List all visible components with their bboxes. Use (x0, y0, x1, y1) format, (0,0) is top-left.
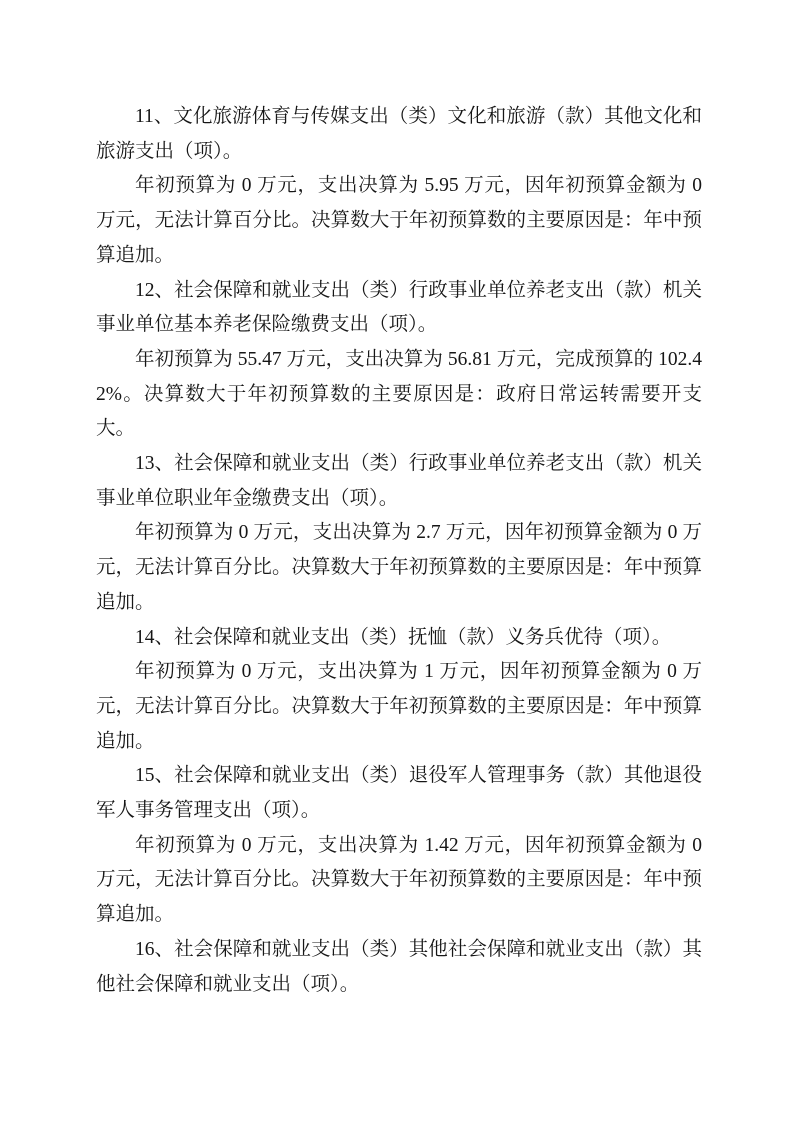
paragraph-item-14-title: 14、社会保障和就业支出（类）抚恤（款）义务兵优待（项）。 (96, 621, 702, 656)
paragraph-item-15-title: 15、社会保障和就业支出（类）退役军人管理事务（款）其他退役军人事务管理支出（项… (96, 759, 702, 828)
paragraph-item-14-detail: 年初预算为 0 万元，支出决算为 1 万元，因年初预算金额为 0 万元，无法计算… (96, 655, 702, 759)
paragraph-item-11-detail: 年初预算为 0 万元，支出决算为 5.95 万元，因年初预算金额为 0 万元，无… (96, 169, 702, 273)
paragraph-item-12-title: 12、社会保障和就业支出（类）行政事业单位养老支出（款）机关事业单位基本养老保险… (96, 274, 702, 343)
document-content: 11、文化旅游体育与传媒支出（类）文化和旅游（款）其他文化和旅游支出（项）。 年… (96, 100, 702, 1002)
paragraph-item-15-detail: 年初预算为 0 万元，支出决算为 1.42 万元，因年初预算金额为 0 万元，无… (96, 829, 702, 933)
paragraph-item-13-title: 13、社会保障和就业支出（类）行政事业单位养老支出（款）机关事业单位职业年金缴费… (96, 447, 702, 516)
paragraph-item-11-title: 11、文化旅游体育与传媒支出（类）文化和旅游（款）其他文化和旅游支出（项）。 (96, 100, 702, 169)
paragraph-item-12-detail: 年初预算为 55.47 万元，支出决算为 56.81 万元，完成预算的 102.… (96, 343, 702, 447)
paragraph-item-13-detail: 年初预算为 0 万元，支出决算为 2.7 万元，因年初预算金额为 0 万元，无法… (96, 516, 702, 620)
document-page: 11、文化旅游体育与传媒支出（类）文化和旅游（款）其他文化和旅游支出（项）。 年… (0, 0, 793, 1122)
paragraph-item-16-title: 16、社会保障和就业支出（类）其他社会保障和就业支出（款）其他社会保障和就业支出… (96, 933, 702, 1002)
